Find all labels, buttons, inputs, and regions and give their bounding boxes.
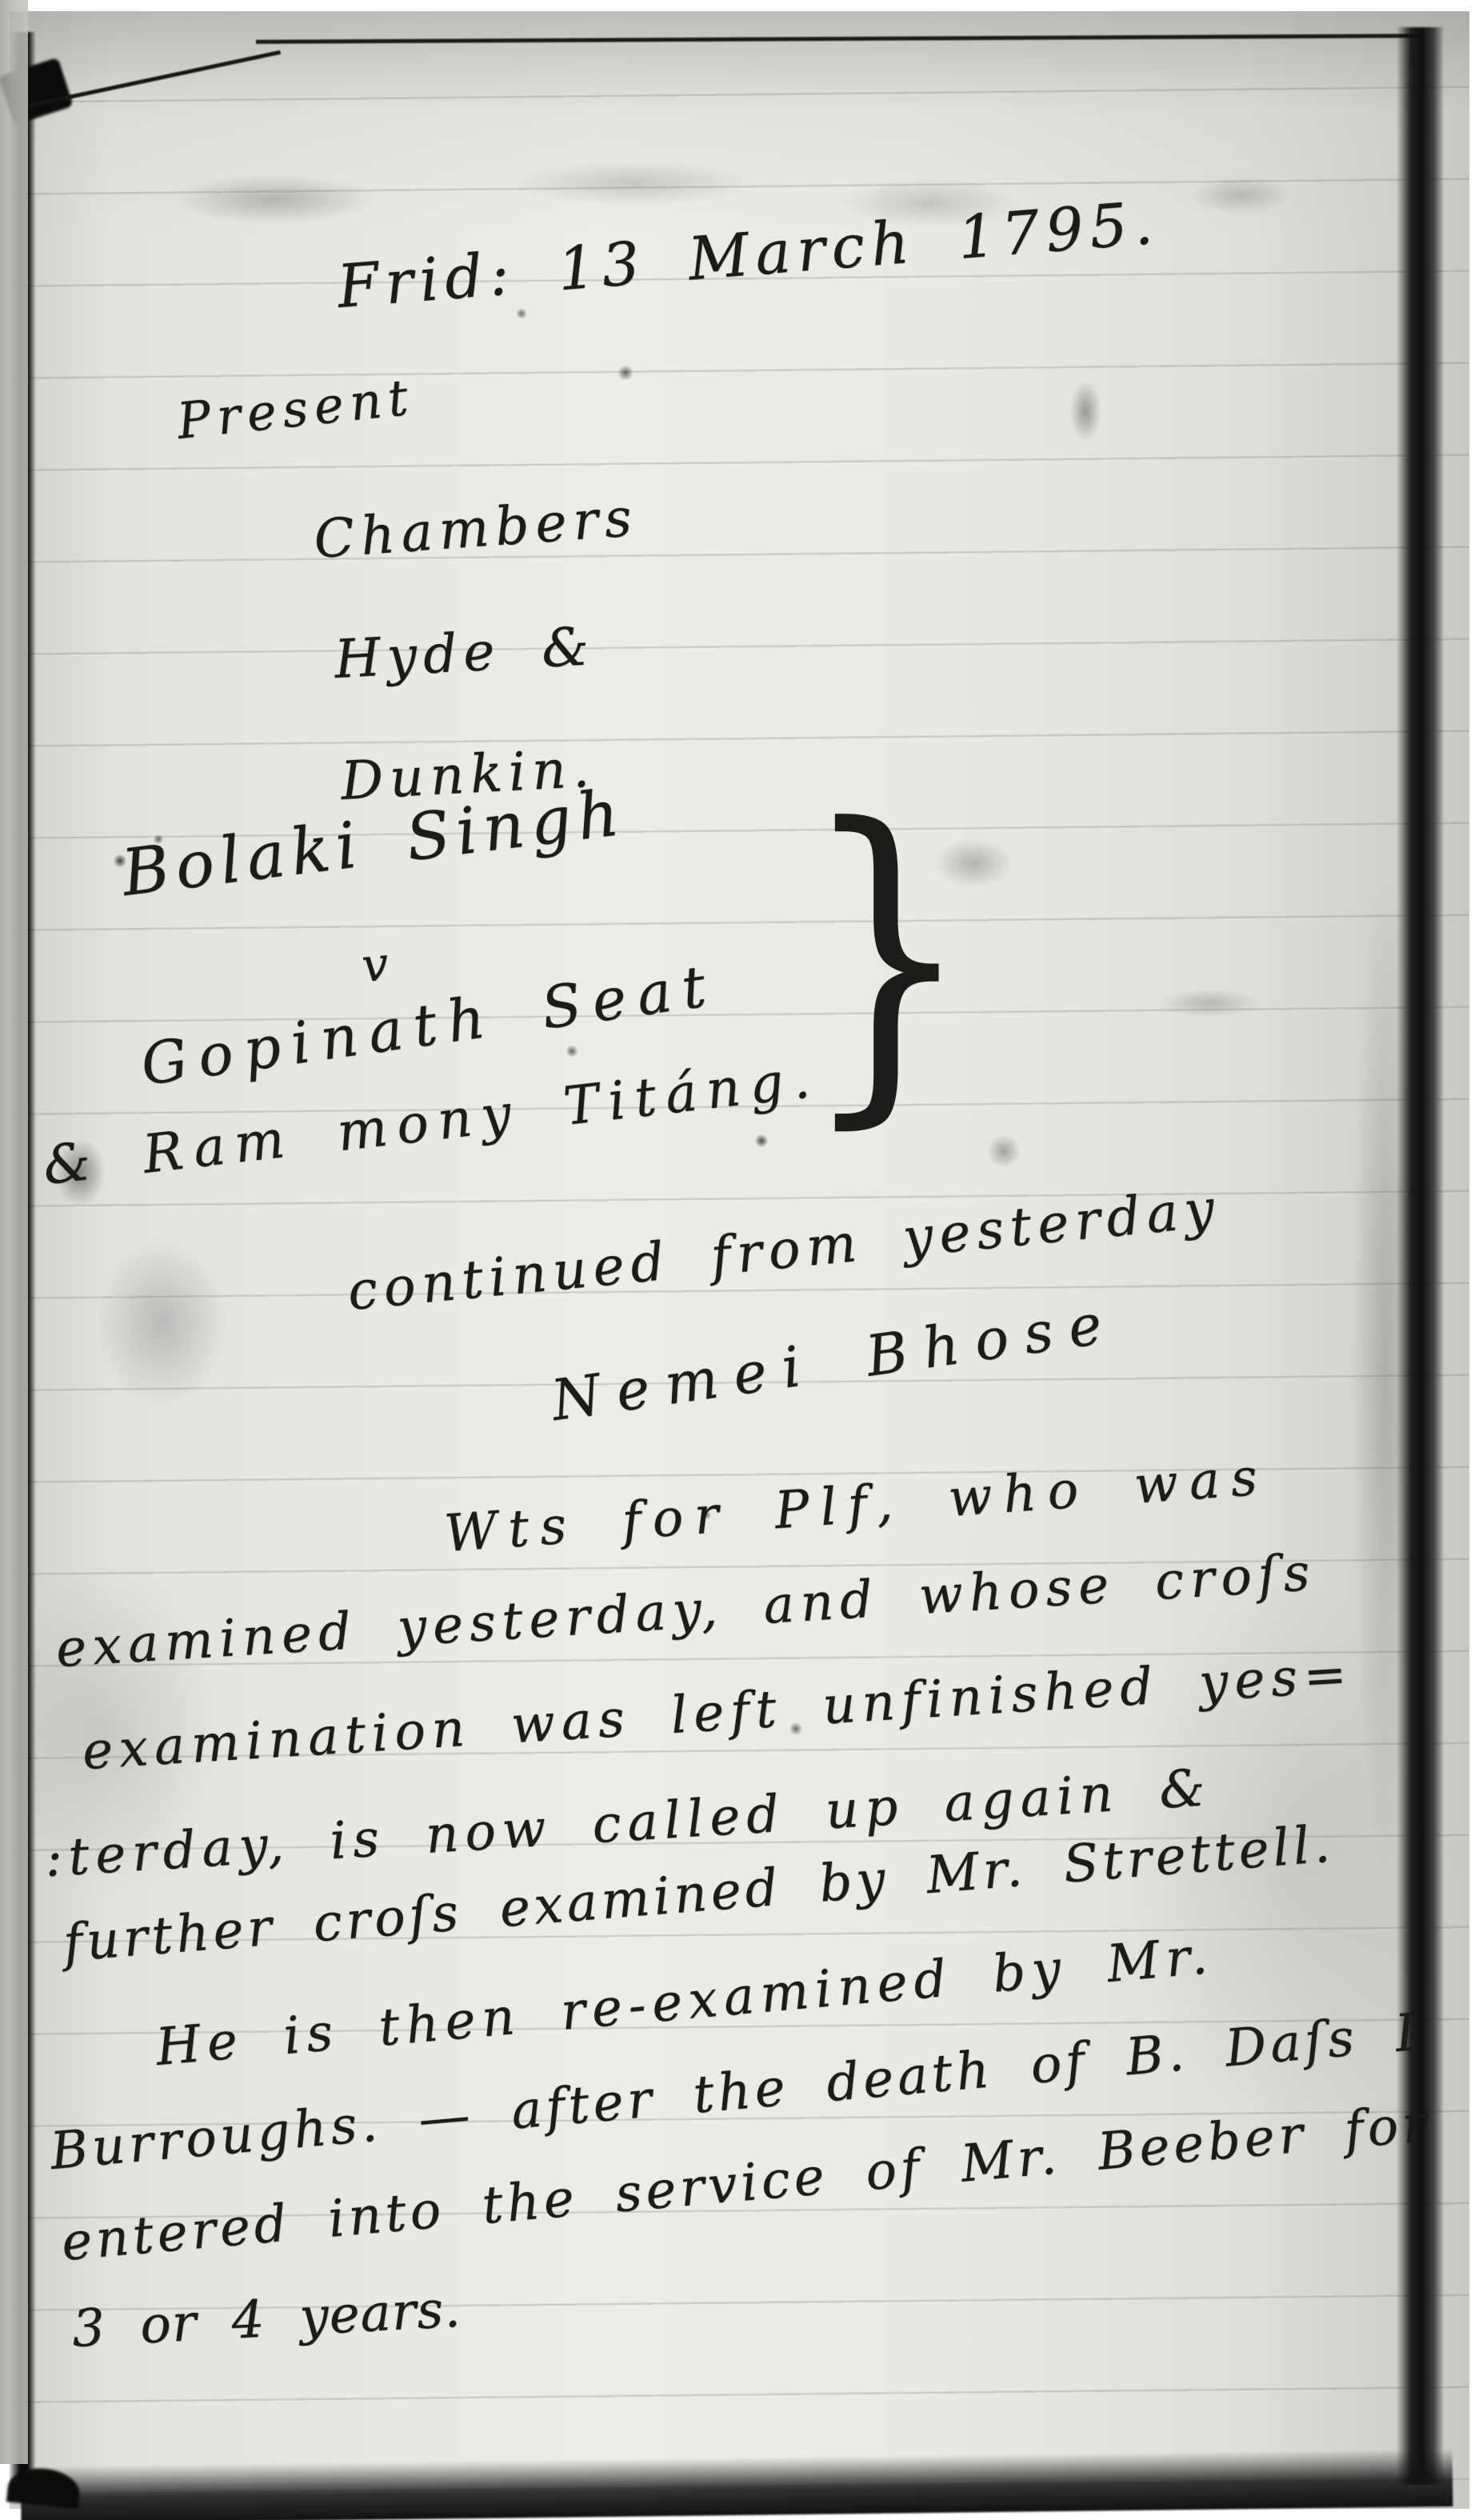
versus-mark: v [360,940,397,989]
judge-hyde: Hyde & [334,620,597,686]
manuscript-scan: Frid: 13 March 1795. Present Chambers Hy… [0,0,1479,2520]
right-page-edge [0,0,28,2464]
case-brace: } [801,794,972,1121]
